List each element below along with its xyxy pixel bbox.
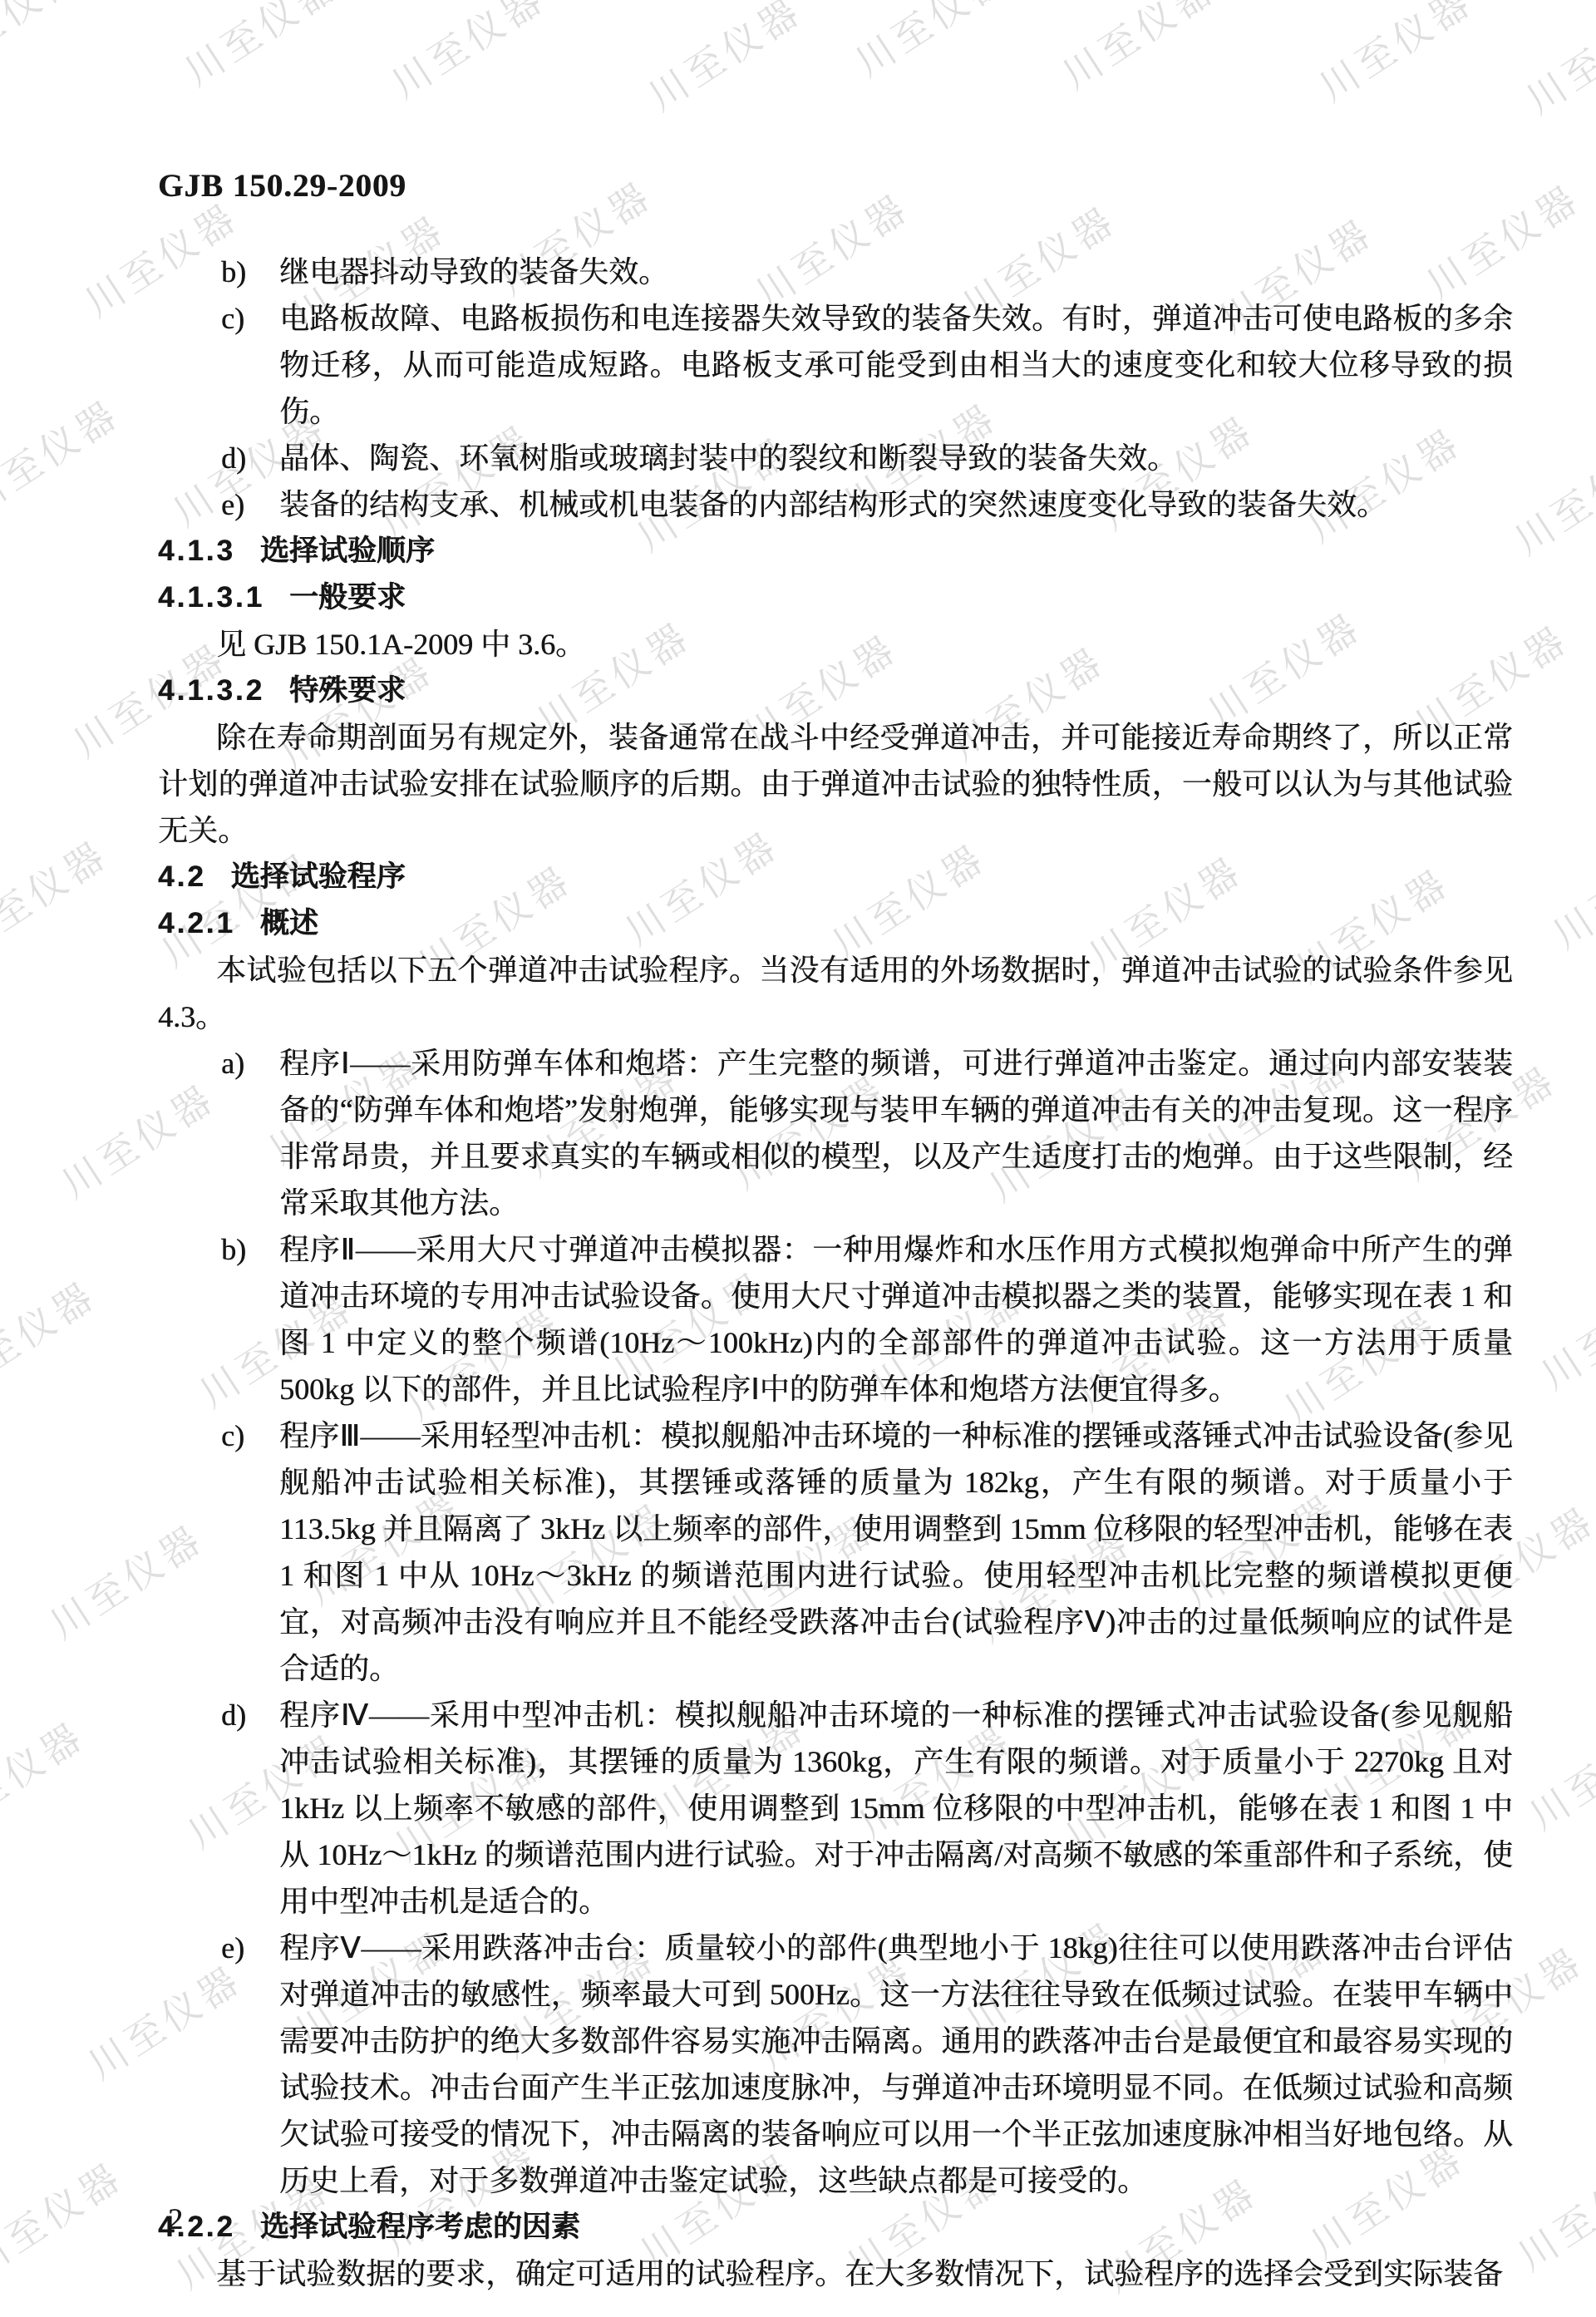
- watermark-text: 川至仪器: [0, 826, 117, 966]
- list-item-label: d): [221, 435, 246, 481]
- watermark-text: 川至仪器: [0, 2147, 132, 2288]
- heading-4-2-2: 4.2.2选择试验程序考虑的因素: [158, 2204, 1513, 2250]
- list-item-label: e): [221, 1925, 244, 1971]
- watermark-text: 川至仪器: [1515, 0, 1596, 125]
- list-item-text: 程序Ⅲ——采用轻型冲击机：模拟舰船冲击环境的一种标准的摆锤或落锤式冲击试验设备(…: [279, 1419, 1513, 1685]
- paragraph-general-ref: 见 GJB 150.1A-2009 中 3.6。: [158, 621, 1513, 668]
- list-item-crystal-ceramic-failure: d) 晶体、陶瓷、环氧树脂或玻璃封装中的裂纹和断裂导致的装备失效。: [158, 435, 1513, 481]
- list-item-text: 继电器抖动导致的装备失效。: [279, 255, 668, 288]
- list-item-label: a): [221, 1040, 244, 1087]
- watermark-text: 川至仪器: [1308, 0, 1482, 112]
- paragraph-overview: 本试验包括以下五个弹道冲击试验程序。当没有适用的外场数据时，弹道冲击试验的试验条…: [158, 947, 1513, 1040]
- heading-title: 概述: [260, 907, 318, 939]
- list-item-label: b): [221, 249, 246, 295]
- heading-title: 特殊要求: [289, 674, 406, 707]
- heading-number: 4.1.3.2: [158, 674, 264, 707]
- list-item-label: d): [221, 1692, 246, 1738]
- list-item-label: e): [221, 481, 244, 528]
- watermark-text: 川至仪器: [0, 1266, 106, 1407]
- heading-number: 4.2.1: [158, 907, 235, 939]
- document-page: GJB 150.29-2009 b) 继电器抖动导致的装备失效。 c) 电路板故…: [158, 163, 1513, 2297]
- list-item-label: b): [221, 1226, 246, 1273]
- list-item-text: 程序Ⅱ——采用大尺寸弹道冲击模拟器：一种用爆炸和水压作用方式模拟炮弹命中所产生的…: [279, 1233, 1513, 1406]
- watermark-text: 川至仪器: [1503, 426, 1596, 566]
- watermark-text: 川至仪器: [0, 385, 129, 525]
- watermark-text: 川至仪器: [1518, 1701, 1596, 1841]
- list-item-text: 装备的结构支承、机械或机电装备的内部结构形式的突然速度变化导致的装备失效。: [279, 488, 1387, 521]
- watermark-text: 川至仪器: [1529, 1260, 1596, 1401]
- list-item-label: c): [221, 295, 244, 342]
- page-number: 2: [168, 2201, 183, 2236]
- list-item-structural-failure: e) 装备的结构支承、机械或机电装备的内部结构形式的突然速度变化导致的装备失效。: [158, 481, 1513, 528]
- list-item-procedure-2: b) 程序Ⅱ——采用大尺寸弹道冲击模拟器：一种用爆炸和水压作用方式模拟炮弹命中所…: [158, 1226, 1513, 1412]
- standard-number: GJB 150.29-2009: [158, 163, 1513, 210]
- watermark-text: 川至仪器: [0, 1707, 94, 1847]
- list-item-relay-failure: b) 继电器抖动导致的装备失效。: [158, 249, 1513, 295]
- heading-4-1-3: 4.1.3选择试验顺序: [158, 528, 1513, 574]
- heading-title: 一般要求: [289, 581, 406, 614]
- list-item-text: 电路板故障、电路板损伤和电连接器失效导致的装备失效。有时，弹道冲击可使电路板的多…: [279, 302, 1513, 428]
- list-item-procedure-1: a) 程序Ⅰ——采用防弹车体和炮塔：产生完整的频谱，可进行弹道冲击鉴定。通过向内…: [158, 1040, 1513, 1226]
- heading-title: 选择试验程序: [231, 860, 406, 893]
- heading-title: 选择试验顺序: [260, 535, 435, 567]
- heading-number: 4.2: [158, 860, 206, 893]
- watermark-text: 川至仪器: [380, 0, 554, 109]
- heading-4-2: 4.2选择试验程序: [158, 854, 1513, 900]
- heading-title: 选择试验程序考虑的因素: [260, 2211, 580, 2243]
- watermark-text: 川至仪器: [1541, 820, 1596, 960]
- list-item-label: c): [221, 1412, 244, 1459]
- list-item-text: 晶体、陶瓷、环氧树脂或玻璃封装中的裂纹和断裂导致的装备失效。: [279, 441, 1177, 475]
- watermark-text: 川至仪器: [1506, 2142, 1596, 2282]
- heading-4-2-1: 4.2.1概述: [158, 900, 1513, 947]
- list-item-circuit-board-failure: c) 电路板故障、电路板损伤和电连接器失效导致的装备失效。有时，弹道冲击可使电路…: [158, 295, 1513, 435]
- list-item-text: 程序Ⅴ——采用跌落冲击台：质量较小的部件(典型地小于 18kg)往往可以使用跌落…: [279, 1931, 1513, 2197]
- watermark-text: 川至仪器: [1051, 0, 1225, 100]
- list-item-procedure-3: c) 程序Ⅲ——采用轻型冲击机：模拟舰船冲击环境的一种标准的摆锤或落锤式冲击试验…: [158, 1412, 1513, 1692]
- list-item-text: 程序Ⅰ——采用防弹车体和炮塔：产生完整的频谱，可进行弹道冲击鉴定。通过向内部安装…: [279, 1047, 1513, 1220]
- list-item-text: 程序Ⅳ——采用中型冲击机：模拟舰船冲击环境的一种标准的摆锤式冲击试验设备(参见舰…: [279, 1698, 1513, 1918]
- list-item-procedure-5: e) 程序Ⅴ——采用跌落冲击台：质量较小的部件(典型地小于 18kg)往往可以使…: [158, 1925, 1513, 2204]
- list-item-procedure-4: d) 程序Ⅳ——采用中型冲击机：模拟舰船冲击环境的一种标准的摆锤式冲击试验设备(…: [158, 1692, 1513, 1925]
- watermark-text: 川至仪器: [0, 0, 91, 84]
- watermark-text: 川至仪器: [637, 0, 811, 121]
- heading-4-1-3-2: 4.1.3.2特殊要求: [158, 668, 1513, 714]
- paragraph-special-requirements: 除在寿命期剖面另有规定外，装备通常在战斗中经受弹道冲击，并可能接近寿命期终了，所…: [158, 714, 1513, 854]
- paragraph-selection-factors: 基于试验数据的要求，确定可适用的试验程序。在大多数情况下，试验程序的选择会受到实…: [158, 2250, 1513, 2297]
- watermark-text: 川至仪器: [173, 0, 347, 96]
- heading-4-1-3-1: 4.1.3.1一般要求: [158, 574, 1513, 621]
- heading-number: 4.1.3: [158, 535, 235, 567]
- heading-number: 4.1.3.1: [158, 581, 264, 614]
- watermark-text: 川至仪器: [844, 0, 1018, 87]
